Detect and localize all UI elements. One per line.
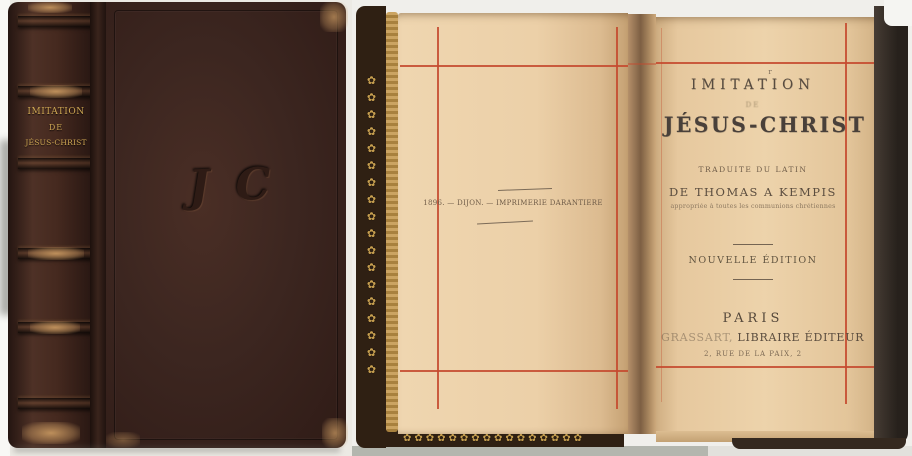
translated-from-line: TRADUITE DU LATIN <box>661 165 845 174</box>
spine-band <box>18 16 96 27</box>
gutter-shadow <box>628 14 656 434</box>
spine-title-line: DE <box>17 120 95 135</box>
book-drop-shadow <box>14 447 340 452</box>
title-connector: DE <box>661 101 845 109</box>
publisher-line: GRASSART,LIBRAIRE ÉDITEUR <box>661 331 845 344</box>
worn-corner <box>320 2 348 32</box>
gilt-floral-border-left: ✿✿✿✿✿✿✿✿✿✿✿✿✿✿✿✿✿✿ <box>356 6 386 448</box>
title-page-text: r IMITATION DE JÉSUS-CHRIST TRADUITE DU … <box>661 17 845 431</box>
closed-book-photo: IMITATION DE JÉSUS-CHRIST JC <box>0 0 352 456</box>
red-rule-horizontal <box>400 370 628 372</box>
title-page-rule <box>733 279 773 280</box>
background-corner <box>884 0 912 26</box>
publisher-role: LIBRAIRE ÉDITEUR <box>737 331 864 344</box>
printer-imprint: 1896. — DIJON. — IMPRIMERIE DARANTIERE <box>412 199 614 207</box>
spine-title-line: JÉSUS-CHRIST <box>17 135 95 150</box>
red-rule-vertical <box>437 27 439 409</box>
red-rule-horizontal <box>628 63 656 65</box>
title-series: IMITATION <box>661 77 845 93</box>
worn-leather-patch <box>30 85 82 98</box>
worn-corner <box>322 418 348 448</box>
publisher-name: GRASSART, <box>661 331 733 344</box>
back-cover-edge <box>874 6 908 444</box>
edition-line: NOUVELLE ÉDITION <box>661 255 845 266</box>
gilt-page-edges <box>386 12 398 432</box>
worn-corner <box>106 432 140 448</box>
publisher-address: 2, RUE DE LA PAIX, 2 <box>661 350 845 358</box>
back-cover-bottom-edge <box>732 438 906 449</box>
spine-hinge-groove <box>90 2 106 448</box>
worn-leather-patch <box>22 422 80 444</box>
author-line: DE THOMAS A KEMPIS <box>661 185 845 199</box>
spine-title-line: IMITATION <box>17 105 95 120</box>
table-shadow-strip <box>352 446 708 456</box>
spine-title: IMITATION DE JÉSUS-CHRIST <box>17 105 95 150</box>
embossed-monogram: JC <box>167 158 300 236</box>
worn-leather-patch <box>28 247 84 260</box>
stray-mark: r <box>765 68 775 76</box>
book-photograph: IMITATION DE JÉSUS-CHRIST JC ✿✿✿✿✿✿✿✿✿✿✿… <box>0 0 912 456</box>
red-rule-horizontal <box>400 65 628 67</box>
worn-leather-patch <box>28 2 72 13</box>
open-book-photo: ✿✿✿✿✿✿✿✿✿✿✿✿✿✿✿✿✿✿ ✿✿✿✿✿✿✿✿✿✿✿✿✿✿✿✿ 1896… <box>352 0 912 456</box>
spine-band <box>18 398 96 409</box>
red-rule-vertical <box>845 23 847 404</box>
book-spine: IMITATION DE JÉSUS-CHRIST <box>8 2 90 448</box>
title-page-rule <box>733 244 773 245</box>
red-rule-vertical <box>616 27 618 409</box>
spine-band <box>18 158 96 169</box>
front-cover: JC <box>106 2 346 448</box>
edition-note: appropriée à toutes les communions chrét… <box>661 203 845 210</box>
book-title: JÉSUS-CHRIST <box>664 112 842 137</box>
worn-leather-patch <box>30 321 80 334</box>
publisher-city: PARIS <box>661 311 845 326</box>
